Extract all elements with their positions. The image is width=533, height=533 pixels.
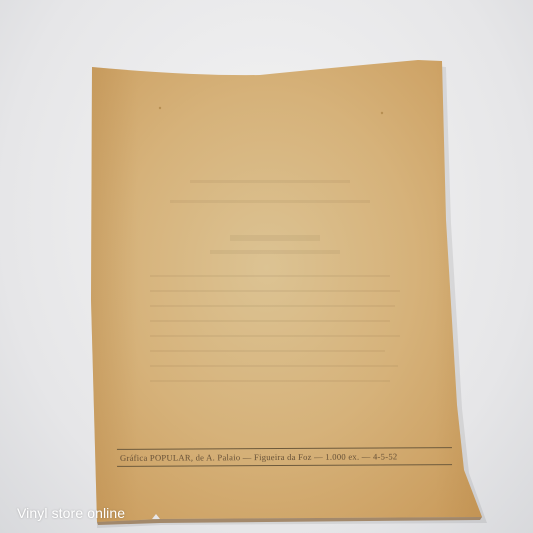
store-watermark: Vinyl store online bbox=[17, 505, 125, 521]
imprint-text: Gráfica POPULAR, de A. Palaio — Figueira… bbox=[117, 451, 397, 462]
printer-imprint-line: Gráfica POPULAR, de A. Palaio — Figueira… bbox=[117, 447, 452, 467]
photo-scene: Gráfica POPULAR, de A. Palaio — Figueira… bbox=[0, 0, 533, 533]
